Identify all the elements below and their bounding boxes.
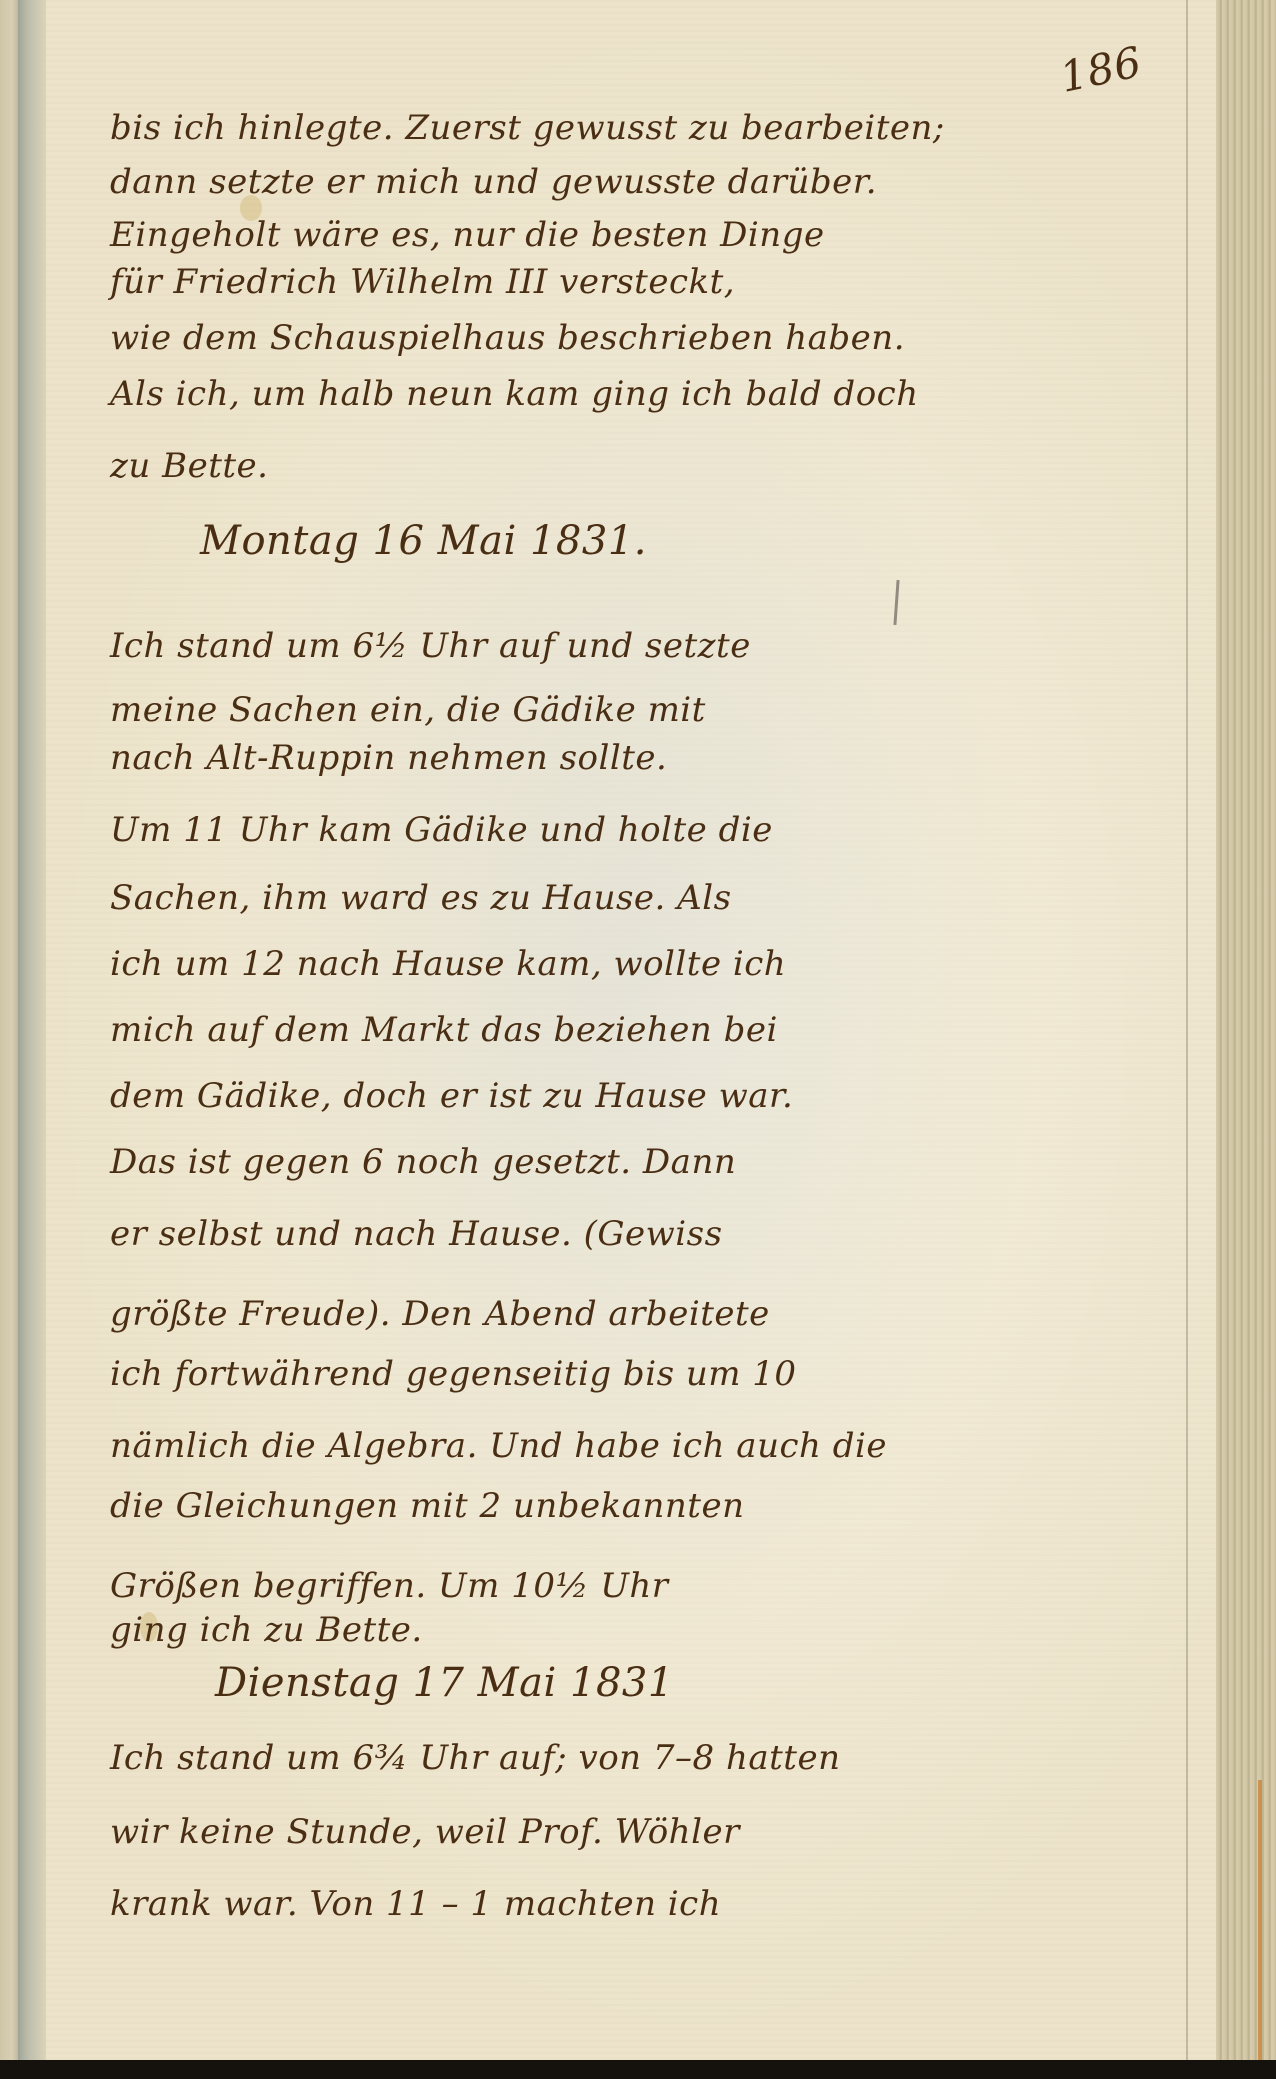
text-line: Sachen, ihm ward es zu Hause. Als bbox=[110, 878, 732, 918]
text-line: meine Sachen ein, die Gädike mit bbox=[110, 690, 706, 730]
entry-date-heading: Montag 16 Mai 1831. bbox=[200, 518, 647, 564]
scan-bottom-shadow bbox=[0, 2060, 1276, 2079]
text-line: nach Alt-Ruppin nehmen sollte. bbox=[110, 738, 667, 778]
text-line: ich um 12 nach Hause kam, wollte ich bbox=[110, 944, 786, 984]
text-line: Ich stand um 6¾ Uhr auf; von 7–8 hatten bbox=[110, 1738, 840, 1778]
text-line: für Friedrich Wilhelm III versteckt, bbox=[110, 262, 735, 302]
text-line: größte Freude). Den Abend arbeitete bbox=[110, 1294, 770, 1334]
text-line: dem Gädike, doch er ist zu Hause war. bbox=[110, 1076, 793, 1116]
entry-date-heading: Dienstag 17 Mai 1831 bbox=[215, 1660, 674, 1706]
text-line: wir keine Stunde, weil Prof. Wöhler bbox=[110, 1812, 740, 1852]
text-line: Um 11 Uhr kam Gädike und holte die bbox=[110, 810, 773, 850]
manuscript-scan: 186 bis ich hinlegte. Zuerst gewusst zu … bbox=[0, 0, 1276, 2068]
text-line: Ich stand um 6½ Uhr auf und setzte bbox=[110, 626, 751, 666]
text-line: ich fortwährend gegenseitig bis um 10 bbox=[110, 1354, 797, 1394]
text-line: wie dem Schauspielhaus beschrieben haben… bbox=[110, 318, 905, 358]
text-line: dann setzte er mich und gewusste darüber… bbox=[110, 162, 877, 202]
text-line: mich auf dem Markt das beziehen bei bbox=[110, 1010, 778, 1050]
text-line: ging ich zu Bette. bbox=[110, 1610, 423, 1650]
text-line: Eingeholt wäre es, nur die besten Dinge bbox=[110, 215, 825, 255]
text-line: Das ist gegen 6 noch gesetzt. Dann bbox=[110, 1142, 736, 1182]
text-line: bis ich hinlegte. Zuerst gewusst zu bear… bbox=[110, 108, 945, 148]
page-stack-edges bbox=[1216, 0, 1276, 2068]
text-line: Größen begriffen. Um 10½ Uhr bbox=[110, 1566, 669, 1606]
text-line: zu Bette. bbox=[110, 446, 268, 486]
text-line: nämlich die Algebra. Und habe ich auch d… bbox=[110, 1426, 887, 1466]
text-line: Als ich, um halb neun kam ging ich bald … bbox=[110, 374, 919, 414]
edge-discoloration bbox=[1258, 1780, 1262, 2060]
page-fold-line bbox=[1186, 0, 1188, 2068]
left-page-edge bbox=[0, 0, 20, 2068]
text-line: krank war. Von 11 – 1 machten ich bbox=[110, 1884, 721, 1924]
text-line: er selbst und nach Hause. (Gewiss bbox=[110, 1214, 723, 1254]
book-gutter bbox=[18, 0, 46, 2068]
text-line: die Gleichungen mit 2 unbekannten bbox=[110, 1486, 744, 1526]
